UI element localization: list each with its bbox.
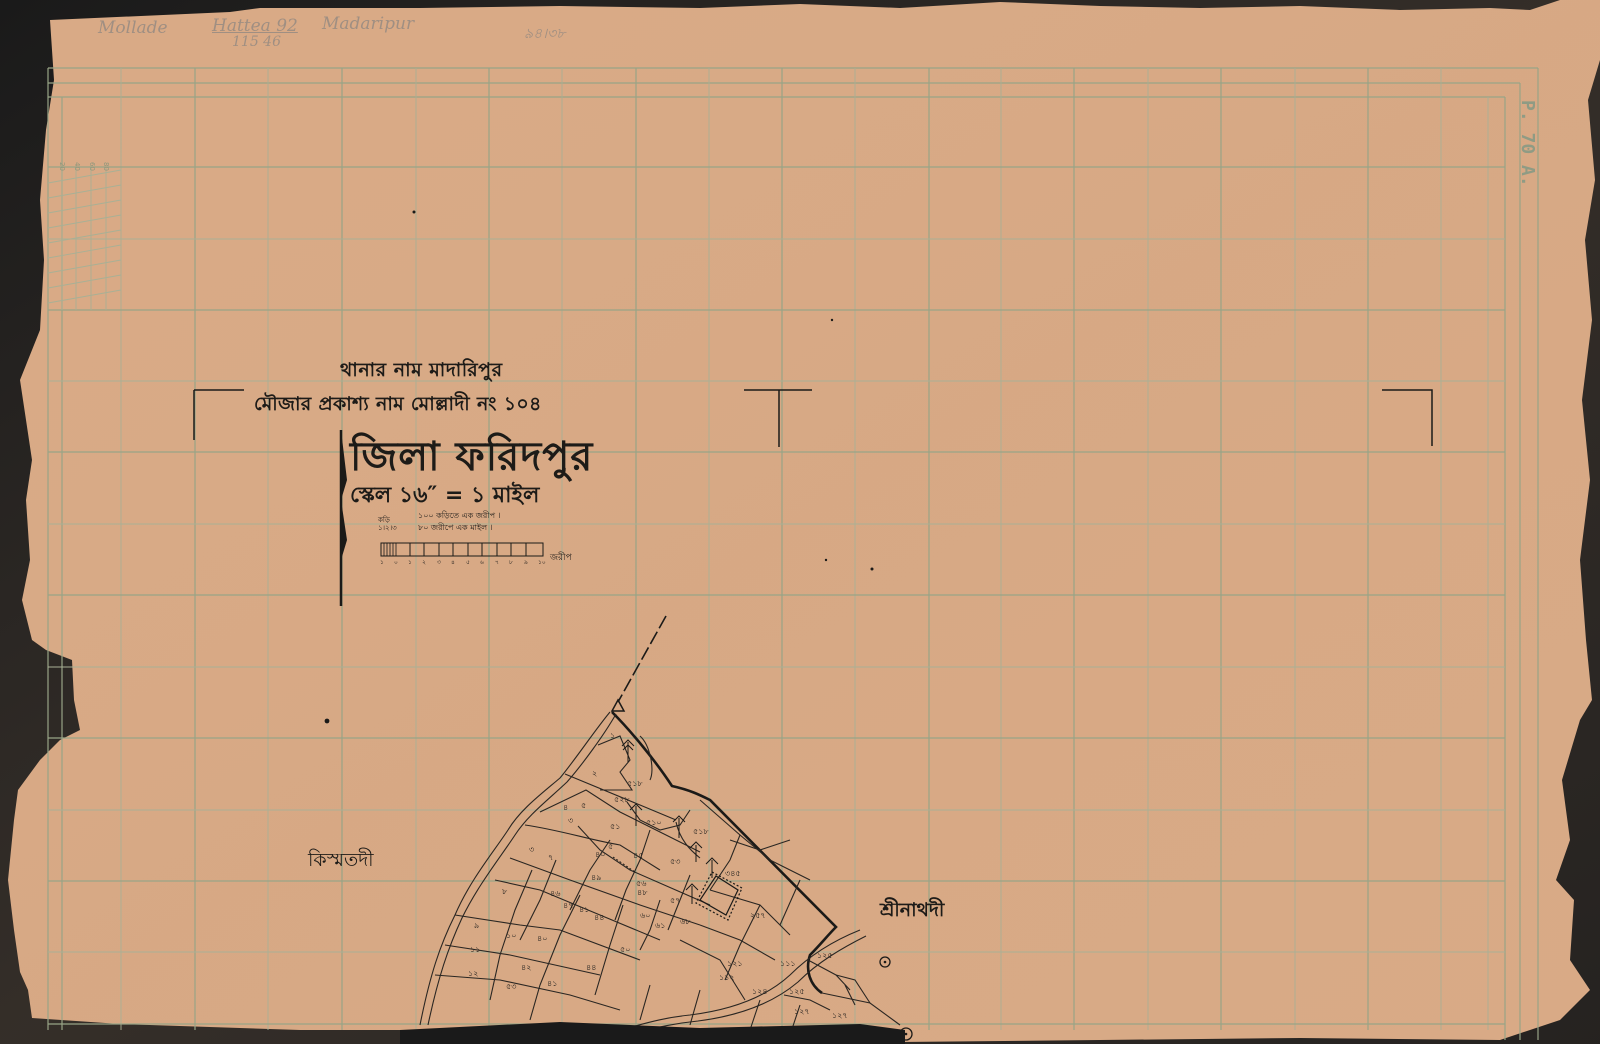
plot-number: ৫০ xyxy=(620,944,630,957)
plot-number: ১২৫ xyxy=(817,950,833,963)
sheet-code: P. 70 A. xyxy=(1517,100,1538,187)
plot-number: ৪৭ xyxy=(563,900,573,913)
plot-number: ৪০ xyxy=(537,933,547,946)
svg-text:৩: ৩ xyxy=(437,559,441,566)
plot-number: ৪৮ xyxy=(637,887,647,900)
scale-left-subtag: ১।২।৩ xyxy=(378,522,397,534)
svg-text:40: 40 xyxy=(73,162,81,171)
plot-number: ৪ xyxy=(563,802,568,815)
svg-text:২: ২ xyxy=(422,559,426,566)
plot-number: ৪০ xyxy=(595,849,605,862)
map-sheet: 20 40 60 80 xyxy=(0,0,1600,1044)
svg-text:১০: ১০ xyxy=(538,559,546,566)
plot-number: ৩৪৫ xyxy=(725,868,741,881)
plot-number: ৫১৮ xyxy=(627,778,643,791)
plot-number: ৪৪ xyxy=(586,962,596,975)
pencil-note: Mollade xyxy=(98,18,168,38)
plot-number: ২ xyxy=(592,768,597,781)
svg-text:৮: ৮ xyxy=(509,559,513,566)
plot-number: ৯ xyxy=(474,920,479,933)
plot-number: ৫১ xyxy=(610,821,620,834)
pencil-note: Hattea 92 xyxy=(212,16,298,36)
plot-number: ১১১ xyxy=(780,958,796,971)
plot-number: ৬৮ xyxy=(680,916,690,929)
plot-number: ৪৫ xyxy=(633,850,643,863)
plot-number: ৩ xyxy=(568,815,573,828)
plot-number: ৭ xyxy=(548,852,553,865)
plot-number: ৫ xyxy=(581,800,586,813)
svg-text:৬: ৬ xyxy=(480,559,484,566)
svg-text:৯: ৯ xyxy=(524,559,528,566)
scale-note-jorip: ৮০ জরীপে এক মাইল । xyxy=(418,522,492,535)
pencil-note: 115 46 xyxy=(232,34,281,50)
plot-number: ৬০ xyxy=(640,910,650,923)
svg-text:৪: ৪ xyxy=(451,559,455,566)
plot-number: ১২ xyxy=(468,968,478,981)
plot-number: ৪৪ xyxy=(594,912,604,925)
neighbor-mouza-west: কিস্মতদী xyxy=(308,846,374,878)
plot-number: ১২৫ xyxy=(789,986,805,999)
plot-number: ১২৭ xyxy=(794,1006,810,1019)
svg-text:১: ১ xyxy=(380,559,384,566)
plot-number: ১১২ xyxy=(719,972,735,985)
plot-number: ৪৯ xyxy=(591,872,601,885)
scale-unit-label: জরীপ xyxy=(550,550,572,565)
plot-number: ৫১৮ xyxy=(693,826,709,839)
plot-number: ৫ xyxy=(608,841,613,854)
svg-text:৭: ৭ xyxy=(495,559,499,566)
svg-text:60: 60 xyxy=(88,162,96,171)
svg-text:80: 80 xyxy=(102,162,110,171)
plot-number: ২৫৭ xyxy=(750,910,766,923)
plot-number: ৩ xyxy=(529,844,534,857)
pencil-note: Madaripur xyxy=(322,14,414,34)
svg-text:১: ১ xyxy=(408,559,412,566)
plot-number: ৫২৮ xyxy=(614,794,630,807)
thana-name-label: থানার নাম মাদারিপুর xyxy=(340,356,503,388)
plot-number: ৫৩ xyxy=(670,856,680,869)
plot-number: ৪২ xyxy=(521,962,531,975)
mouza-name-label: মৌজার প্রকাশ্য নাম মোল্লাদী নং ১০৪ xyxy=(254,390,542,422)
plot-number: ১২১ xyxy=(727,958,743,971)
plot-number: ৮ xyxy=(502,886,507,899)
plot-number: ১২৪ xyxy=(752,986,768,999)
plot-number: ১১ xyxy=(470,944,480,957)
plot-number: ১২৭ xyxy=(832,1010,848,1023)
plot-number: ৫৩ xyxy=(506,981,516,994)
map-canvas: 20 40 60 80 xyxy=(0,0,1600,1044)
plot-number: ৫৭ xyxy=(670,895,680,908)
plot-number: ১০ xyxy=(506,930,516,943)
svg-text:20: 20 xyxy=(58,162,66,171)
neighbor-mouza-east: শ্রীনাথদী xyxy=(880,896,944,928)
plot-number: ৪৬ xyxy=(550,888,560,901)
plot-number: ৪১ xyxy=(579,904,589,917)
svg-text:০: ০ xyxy=(394,559,398,566)
plot-number: ৪১ xyxy=(547,978,557,991)
plot-number: ৬১ xyxy=(655,920,665,933)
pencil-note: ৯৪।৩৮ xyxy=(524,22,565,46)
plot-number: ১ xyxy=(610,730,615,743)
plot-number: ৫১০ xyxy=(646,817,662,830)
svg-text:৫: ৫ xyxy=(466,559,470,566)
